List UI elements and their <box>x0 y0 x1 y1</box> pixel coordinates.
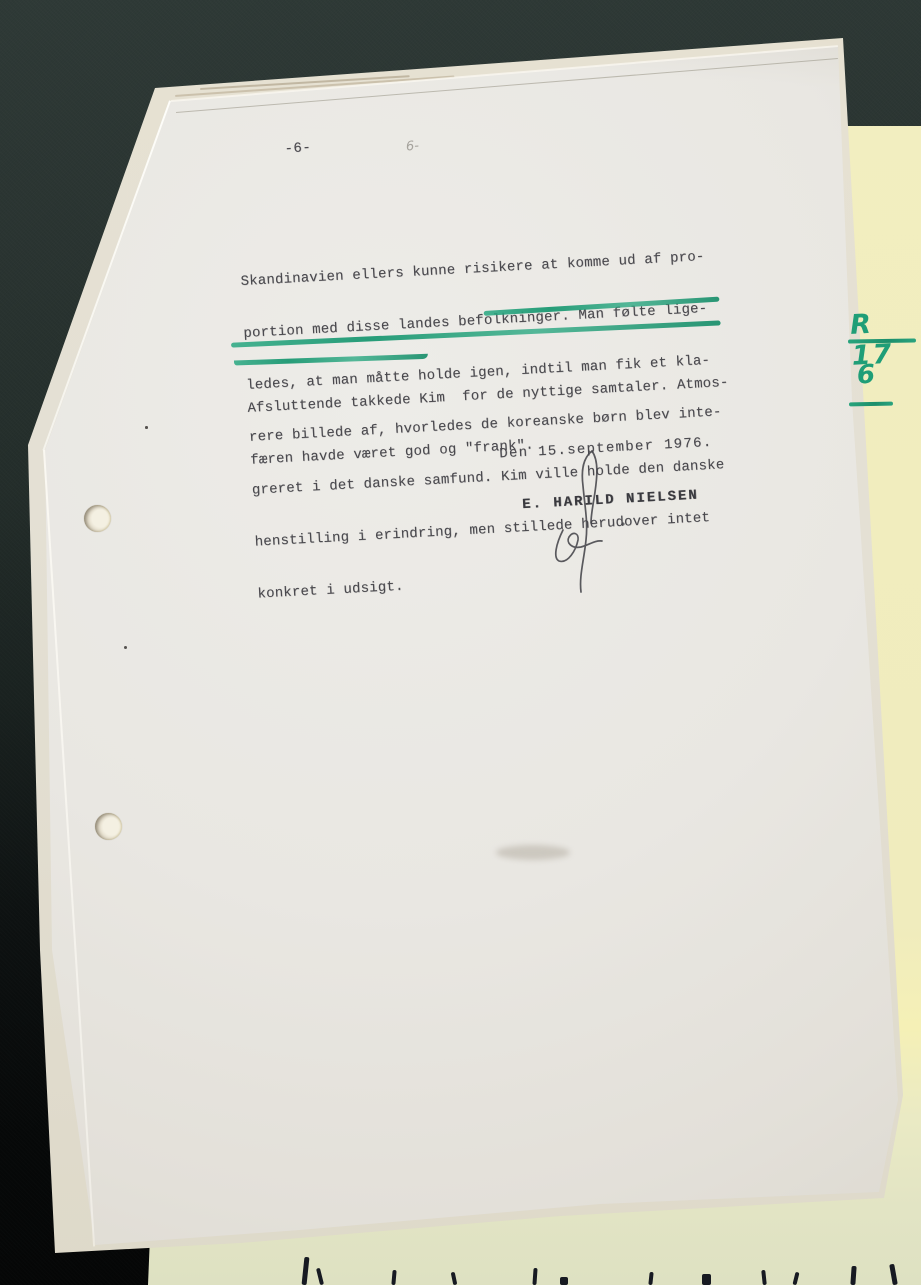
handwritten-signature <box>548 446 648 596</box>
handwriting-fragment <box>702 1274 711 1285</box>
ink-speck <box>124 646 127 649</box>
handwriting-fragment <box>560 1277 568 1285</box>
ink-speck <box>145 426 148 429</box>
typewritten-text-block: -6- Skandinavien ellers kunne risikere a… <box>238 111 812 779</box>
faint-smudge <box>496 845 570 860</box>
hole-punch-top <box>84 505 111 532</box>
text-line: konkret i udsigt. <box>257 561 730 604</box>
text-line: portion med disse landes befolkninger. M… <box>243 300 716 343</box>
ink-dot <box>621 522 624 525</box>
paragraph-2: Afsluttende takkede Kim for de nyttige s… <box>245 340 734 505</box>
text-line: Skandinavien ellers kunne risikere at ko… <box>240 248 713 291</box>
text-line: henstilling i erindring, men stillede he… <box>254 509 727 552</box>
page-number: -6- <box>284 140 312 157</box>
hole-punch-bottom <box>95 813 122 840</box>
faint-pencil-mark: 6- <box>405 139 419 155</box>
margin-note-6: 6 <box>856 360 876 391</box>
letter-sheet: -6- Skandinavien ellers kunne risikere a… <box>0 0 921 1285</box>
text-line: Afsluttende takkede Kim for de nyttige s… <box>247 375 729 418</box>
scanned-document-page: -6- Skandinavien ellers kunne risikere a… <box>0 0 921 1285</box>
